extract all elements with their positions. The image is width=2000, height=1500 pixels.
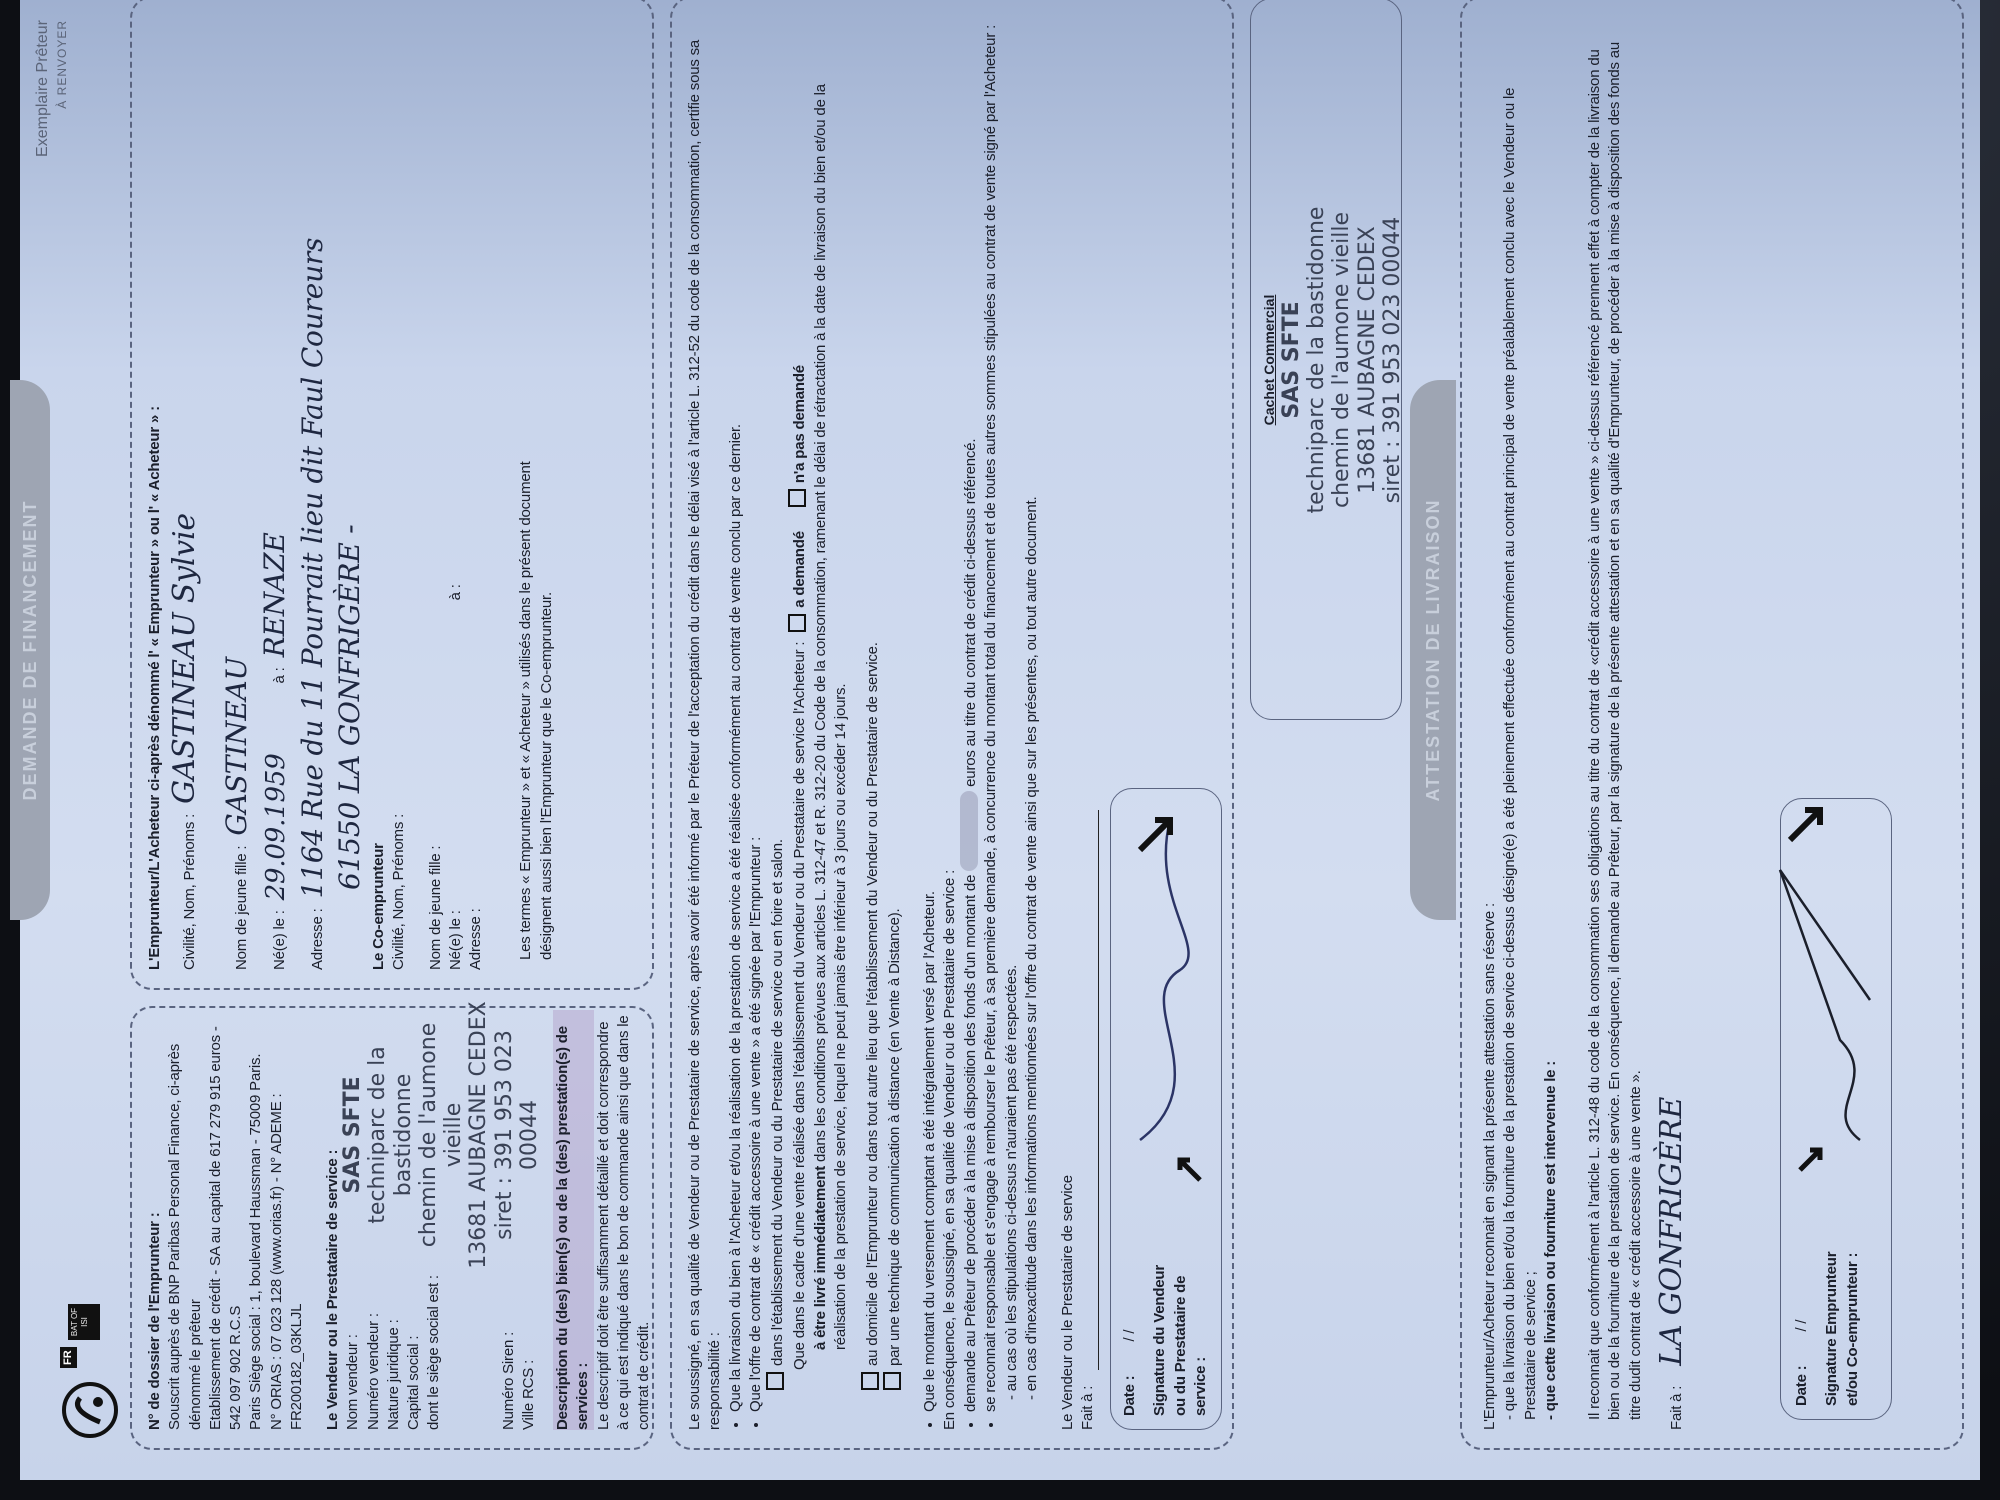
document-page: DEMANDE DE FINANCEMENT Exemplaire Prêteu… [20,0,1980,1480]
checkbox-domicile[interactable] [861,1372,879,1390]
cas-1: - au cas où les stipulations ci-dessus n… [1002,20,1022,1400]
checkbox-distance[interactable] [883,1372,901,1390]
jeune-fille-value[interactable]: GASTINEAU [218,657,256,835]
vendeur-fait-a: Fait à : [1078,20,1098,1430]
montant-field[interactable] [960,791,978,871]
attestation-intro: L'Emprunteur/Acheteur reconnait en signa… [1480,20,1500,1430]
ne-a-value[interactable]: RENAZE [256,532,294,657]
attestation-date-label: Date : [1793,1366,1810,1406]
opt-distance: par une technique de communication à dis… [886,908,903,1366]
attestation-band: ATTESTATION DE LIVRAISON [1410,380,1456,920]
attestation-fait-a-value[interactable]: LA GONFRIGÈRE [1652,1097,1693,1366]
ne-le-value[interactable]: 29.09.1959 [259,753,294,900]
vendeur-date-label: Date : [1121,1376,1138,1416]
vendeur-signature-scribble[interactable] [1110,780,1230,1200]
cachet-line-2: chemin de l'aumone vieille [1329,0,1354,720]
stamp-line-1: techniparc de la bastidonne [365,1000,416,1270]
stamp-line-3: 13681 AUBAGNE CEDEX [466,1000,491,1270]
termes-text: Les termes « Emprunteur » et « Acheteur … [516,400,557,960]
jeune-fille-label: Nom de jeune fille : [232,846,252,970]
attestation-block: L'Emprunteur/Acheteur reconnait en signa… [1480,20,1692,1430]
na-pas-demande-label: n'a pas demandé [791,365,808,483]
vendeur-fait-label: Le Vendeur ou le Prestataire de service [1058,20,1078,1430]
demande-mise-text: demande au Prêteur de procéder à la mise… [962,875,979,1412]
header-band: DEMANDE DE FINANCEMENT [10,380,50,920]
stamp-line-4: siret : 391 953 023 00044 [492,1000,543,1270]
dossier-label: N° de dossier de l'Emprunteur : [145,1010,165,1430]
emprunteur-block: L'Emprunteur/L'Acheteur ci-après dénommé… [145,20,557,970]
attestation-item-2: - que cette livraison ou fourniture est … [1541,20,1561,1420]
logo-badge: BAT OF ISI [68,1304,100,1340]
consequence-text: En conséquence, le soussigné, en sa qual… [940,20,960,1430]
preteur-line-1: Souscrit auprès de BNP Paribas Personal … [165,1010,206,1430]
opt-cadre: Que dans le cadre d'une vente réalisée d… [791,642,808,1370]
emprunteur-title: L'Emprunteur/L'Acheteur ci-après dénommé… [145,20,165,970]
co-civilite-label: Civilité, Nom, Prénoms : [389,20,409,970]
stamp-line-2: chemin de l'aumone vieille [416,1000,467,1270]
co-adresse-label: Adresse : [466,20,486,970]
stamp-company: SAS SFTE [340,1000,365,1270]
description-title: Description du (des) bien(s) ou de la (d… [553,1010,594,1430]
emprunteur-signature-scribble[interactable] [1760,780,1900,1200]
cachet-line-4: siret : 391 953 023 00044 [1380,0,1405,720]
adresse-label: Adresse : [308,908,328,970]
attestation-item-1: - que la livraison du bien et/ou la four… [1500,20,1541,1420]
attestation-paragraph: Il reconnait que conformément à l'articl… [1585,20,1646,1420]
exemplaire-text: Exemplaire Prêteur [32,20,54,157]
co-ne-le-label: Né(e) le : [446,910,466,970]
co-jeune-fille-label: Nom de jeune fille : [426,20,446,970]
logo-flag: FR [60,1347,77,1368]
ne-a-label: à : [270,667,290,683]
cachet-line-1: techniparc de la bastidonne [1304,0,1329,720]
attestation-fait-a-label: Fait à : [1667,1386,1687,1430]
vendeur-stamp: SAS SFTE techniparc de la bastidonne che… [340,1000,542,1270]
cachet-block: Cachet Commercial SAS SFTE techniparc de… [1260,0,1405,720]
adresse-line-2[interactable]: 61550 LA GONFRIGÈRE - [331,20,369,890]
opt-etablissement: dans l'établissement du Vendeur ou du Pr… [769,839,786,1366]
soussigne-intro: Le soussigné, en sa qualité de Vendeur o… [685,20,726,1430]
civilite-label: Civilité, Nom, Prénoms : [180,814,200,970]
vendeur-date-field[interactable]: / / [1121,1330,1138,1342]
checkbox-na-pas-demande[interactable] [788,489,806,507]
euros-text: euros au titre du contrat de crédit ci-d… [962,439,979,787]
checkbox-etablissement[interactable] [766,1372,784,1390]
soussigne-block: Le soussigné, en sa qualité de Vendeur o… [685,20,1099,1430]
livre-text: dans les conditions prévues aux articles… [812,84,849,1350]
co-emprunteur-title: Le Co-emprunteur [369,20,389,970]
a-renvoyer-text: À RENVOYER [54,20,70,157]
preteur-line-3: Paris Siège social : 1, boulevard Haussm… [246,1010,266,1430]
bullet-offre: Que l'offre de contrat de « crédit acces… [746,20,766,1412]
fait-a-line [1098,810,1099,1370]
paper: DEMANDE DE FINANCEMENT Exemplaire Prêteu… [20,0,1980,1480]
bnp-logo-icon [60,1370,130,1440]
cachet-label: Cachet Commercial [1260,0,1279,720]
exemplaire-label: Exemplaire Prêteur À RENVOYER [32,20,70,157]
adresse-line-1[interactable]: 1164 Rue du 11 Pourrait lieu dit Faul Co… [294,238,332,899]
civilite-value[interactable]: GASTINEAU Sylvie [165,513,206,804]
co-ne-a-label: à : [446,584,466,600]
bullet-livraison: Que la livraison du bien à l'Acheteur et… [726,20,746,1412]
preteur-line-4: N° ORIAS : 07 023 128 (www.orias.fr) - N… [267,1010,308,1430]
opt-domicile: au domicile de l'Emprunteur ou dans tout… [864,642,881,1366]
vendeur-signature-label: Signature du Vendeur ou du Prestataire d… [1150,1246,1211,1416]
attestation-date-field[interactable]: / / [1793,1320,1810,1332]
vendeur-signature-labels: Date : / / Signature du Vendeur ou du Pr… [1120,1216,1211,1416]
cas-2: - en cas d'inexactitude dans les informa… [1022,20,1042,1400]
cachet-company: SAS SFTE [1279,0,1304,720]
description-text: Le descriptif doit être suffisamment dét… [594,1010,655,1430]
responsable-text: se reconnait responsable et s'engage à r… [981,20,1001,1412]
checkbox-a-demande[interactable] [788,614,806,632]
a-demande-label: a demandé [791,531,808,608]
emprunteur-signature-label: Signature Emprunteur et/ou Co-emprunteur… [1822,1226,1863,1406]
emprunteur-signature-labels: Date : / / Signature Emprunteur et/ou Co… [1792,1186,1863,1406]
bullet-versement: Que le montant du versement comptant a é… [920,20,940,1412]
cachet-line-3: 13681 AUBAGNE CEDEX [1355,0,1380,720]
ne-le-label: Né(e) le : [270,910,290,970]
livre-immediatement: à être livré immédiatement [812,1166,829,1350]
preteur-line-2: Etablissement de crédit - SA au capital … [206,1010,247,1430]
